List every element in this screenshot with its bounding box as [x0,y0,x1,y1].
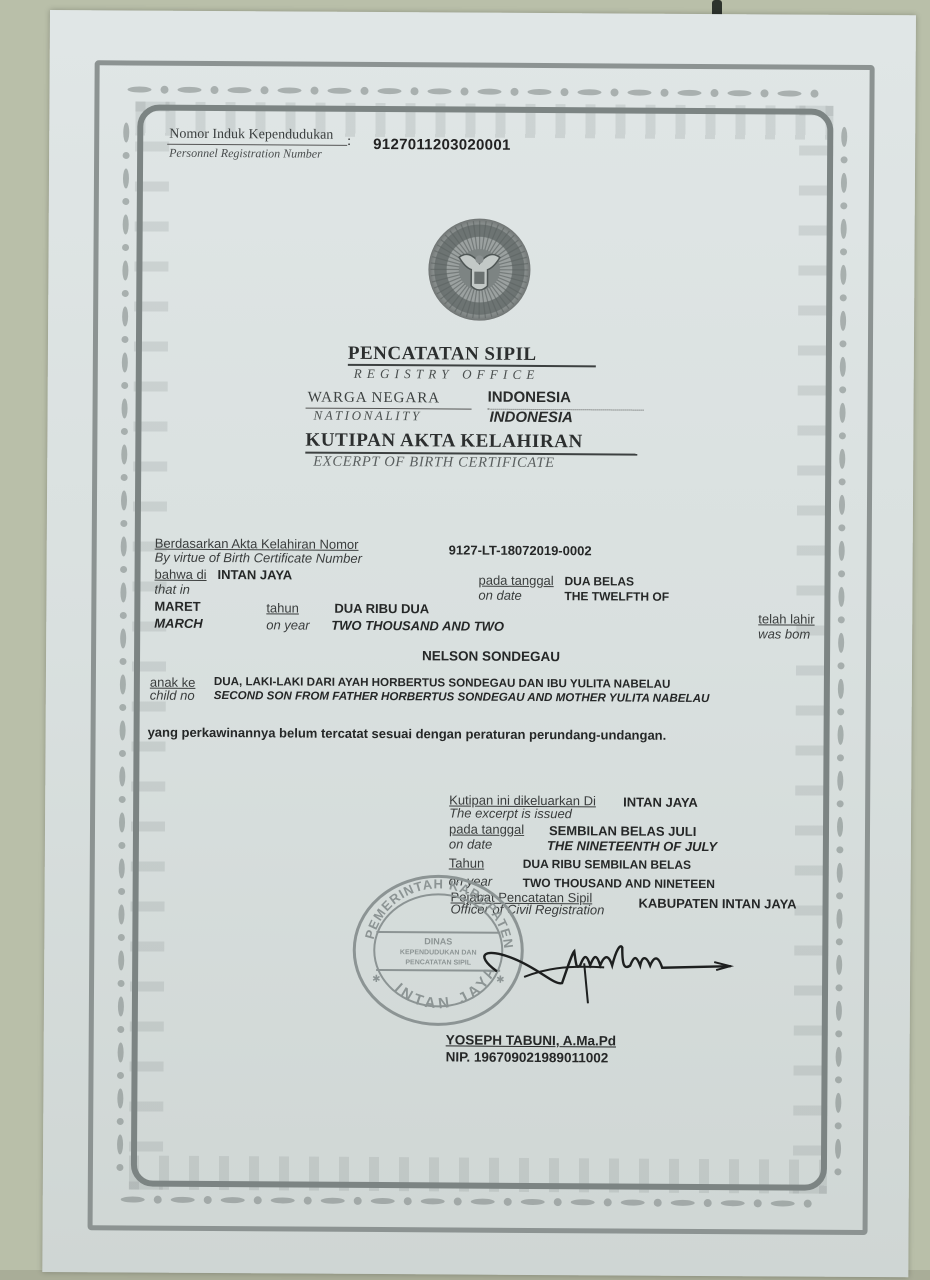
issue-year-label: Tahun [449,855,485,870]
child-no-value-en: SECOND SON FROM FATHER HORBERTUS SONDEGA… [214,689,710,705]
nik-value: 9127011203020001 [373,136,511,154]
nationality-label-en: NATIONALITY [313,408,421,425]
child-name: NELSON SONDEGAU [422,648,560,664]
place-value: INTAN JAYA [218,567,293,582]
birth-date-value: DUA BELAS [564,574,634,588]
nik-colon: : [347,134,351,150]
birth-year-label: tahun [266,600,299,615]
issue-year-value: DUA RIBU SEMBILAN BELAS [523,857,691,872]
born-label: telah lahir [758,611,814,626]
issue-date-value: SEMBILAN BELAS JULI [549,823,696,839]
birth-year-label-en: on year [266,617,309,632]
child-no-label-en: child no [150,688,195,703]
birth-year-value: DUA RIBU DUA [334,601,429,617]
cert-number-value: 9127-LT-18072019-0002 [449,542,592,558]
cert-number-label-en: By virtue of Birth Certificate Number [155,550,362,566]
officer-nip: NIP. 196709021989011002 [446,1049,609,1065]
garuda-emblem-detail [428,218,531,321]
issued-place: INTAN JAYA [623,795,698,810]
birth-certificate-paper: Nomor Induk Kependudukan Personnel Regis… [42,10,916,1277]
issue-date-value-en: THE NINETEENTH OF JULY [547,838,717,854]
certificate-title-en: EXCERPT OF BIRTH CERTIFICATE [313,454,555,472]
nationality-label: WARGA NEGARA [308,390,441,408]
nationality-value-en: INDONESIA [489,409,572,427]
issue-date-label-en: on date [449,836,492,851]
birth-date-label: pada tanggal [478,573,553,588]
place-label: bahwa di [155,567,207,582]
officer-name: YOSEPH TABUNI, A.Ma.Pd [446,1032,616,1048]
issue-year-value-en: TWO THOUSAND AND NINETEEN [523,876,715,891]
marriage-note: yang perkawinannya belum tercatat sesuai… [148,725,667,743]
place-label-en: that in [154,582,190,597]
officer-region: KABUPATEN INTAN JAYA [639,896,797,912]
birth-month-value: MARET [154,599,200,614]
nationality-value: INDONESIA [488,389,571,407]
office-title: PENCATATAN SIPIL [348,343,537,366]
certificate-content: Nomor Induk Kependudukan Personnel Regis… [42,10,916,1277]
child-no-value: DUA, LAKI-LAKI DARI AYAH HORBERTUS SONDE… [214,675,671,691]
nik-label-en: Personnel Registration Number [169,146,322,162]
issue-date-label: pada tanggal [449,821,524,836]
nik-label: Nomor Induk Kependudukan [169,127,333,144]
born-label-en: was bom [758,626,810,641]
birth-date-value-en: THE TWELFTH OF [564,589,669,604]
birth-year-value-en: TWO THOUSAND AND TWO [331,618,504,634]
birth-date-label-en: on date [478,588,521,603]
certificate-title: KUTIPAN AKTA KELAHIRAN [305,430,583,454]
office-title-en: REGISTRY OFFICE [354,366,540,383]
birth-month-value-en: MARCH [154,616,202,631]
svg-text:✱: ✱ [372,974,380,985]
officer-signature [444,924,734,1006]
issued-label-en: The excerpt is issued [449,805,572,821]
